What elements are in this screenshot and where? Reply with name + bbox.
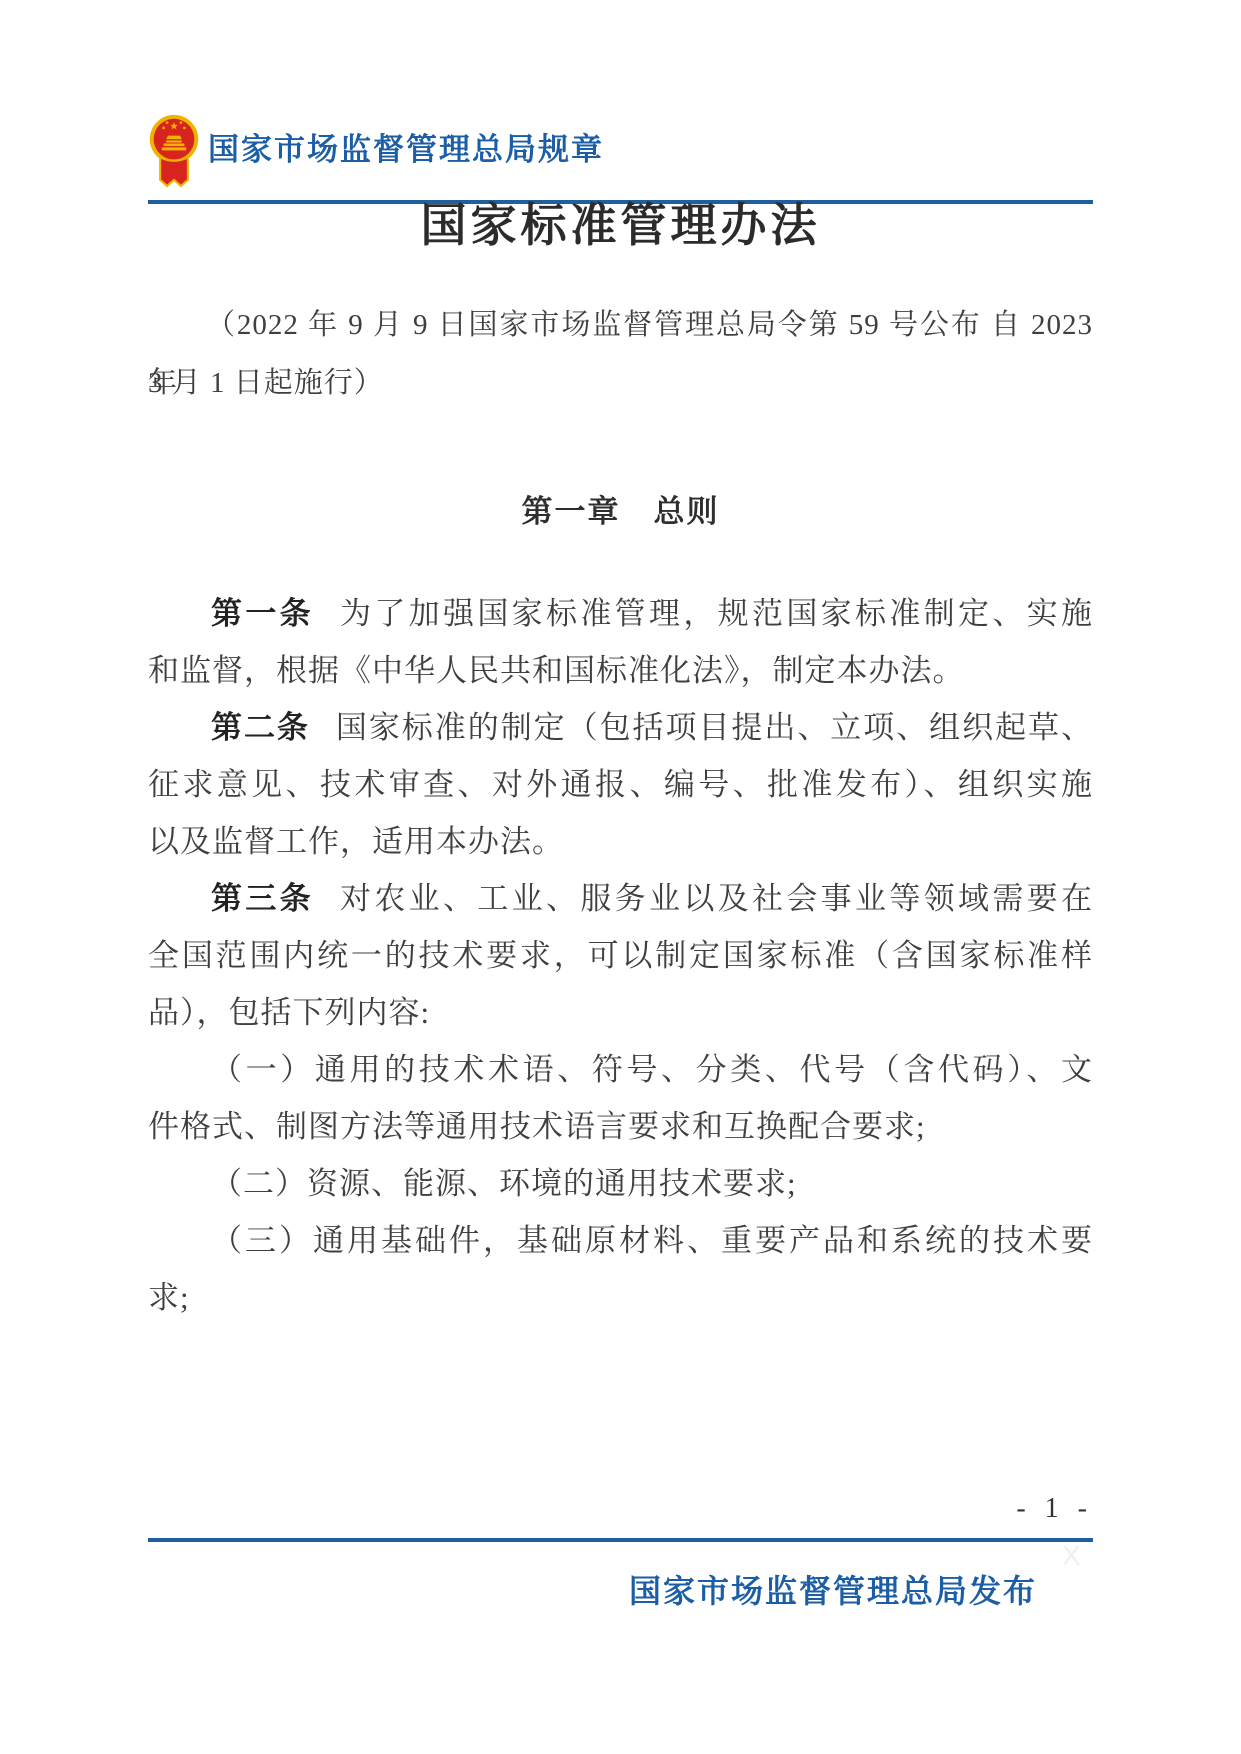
article-line: （二）资源、能源、环境的通用技术要求;	[148, 1155, 1093, 1212]
article-line: 件格式、制图方法等通用技术语言要求和互换配合要求;	[148, 1098, 1093, 1155]
article-line: 第一条为了加强国家标准管理，规范国家标准制定、实施	[148, 585, 1093, 642]
watermark: X	[1062, 1540, 1081, 1572]
promulgation-note: （2022 年 9 月 9 日国家市场监督管理总局令第 59 号公布 自 202…	[148, 296, 1093, 412]
page-number: - 1 -	[148, 1492, 1093, 1526]
article-line: 和监督，根据《中华人民共和国标准化法》，制定本办法。	[148, 642, 1093, 699]
article-text: 国家标准的制定（包括项目提出、立项、组织起草、	[336, 710, 1093, 745]
article-line: 第三条对农业、工业、服务业以及社会事业等领域需要在	[148, 870, 1093, 927]
article-text: 求;	[148, 1280, 190, 1315]
svg-text:★: ★	[169, 121, 178, 133]
article-line: 以及监督工作，适用本办法。	[148, 813, 1093, 870]
article-number: 第三条	[211, 881, 314, 916]
article-line: 品），包括下列内容:	[148, 984, 1093, 1041]
document-page: ★ 国家市场监督管理总局规章 国家标准管理办法 （2022 年 9 月 9 日国…	[0, 0, 1241, 1754]
agency-label: 国家市场监督管理总局规章	[208, 124, 604, 169]
article-line: 全国范围内统一的技术要求，可以制定国家标准（含国家标准样	[148, 927, 1093, 984]
article-number: 第一条	[211, 596, 314, 631]
article-text: 为了加强国家标准管理，规范国家标准制定、实施	[340, 596, 1093, 631]
document-title: 国家标准管理办法	[148, 196, 1093, 256]
article-line: （一）通用的技术术语、符号、分类、代号（含代码）、文	[148, 1041, 1093, 1098]
article-text: 件格式、制图方法等通用技术语言要求和互换配合要求;	[148, 1109, 926, 1144]
article-text: 对农业、工业、服务业以及社会事业等领域需要在	[340, 881, 1093, 916]
document-header: ★ 国家市场监督管理总局规章	[148, 112, 604, 194]
article-text: （一）通用的技术术语、符号、分类、代号（含代码）、文	[211, 1052, 1093, 1087]
footer-rule	[148, 1538, 1093, 1542]
article-line: 求;	[148, 1269, 1093, 1326]
promulgation-line: 3 月 1 日起施行）	[148, 354, 1093, 412]
article-number: 第二条	[211, 710, 310, 745]
article-text: （二）资源、能源、环境的通用技术要求;	[211, 1166, 797, 1201]
article-line: 第二条国家标准的制定（包括项目提出、立项、组织起草、	[148, 699, 1093, 756]
article-text: （三）通用基础件，基础原材料、重要产品和系统的技术要	[211, 1223, 1093, 1258]
publisher-label: 国家市场监督管理总局发布	[148, 1570, 1093, 1612]
article-text: 品），包括下列内容:	[148, 995, 430, 1030]
document-body: 第一条为了加强国家标准管理，规范国家标准制定、实施 和监督，根据《中华人民共和国…	[148, 585, 1093, 1326]
article-text: 全国范围内统一的技术要求，可以制定国家标准（含国家标准样	[148, 938, 1093, 973]
article-text: 征求意见、技术审查、对外通报、编号、批准发布）、组织实施	[148, 767, 1093, 802]
article-text: 以及监督工作，适用本办法。	[148, 824, 564, 859]
article-line: 征求意见、技术审查、对外通报、编号、批准发布）、组织实施	[148, 756, 1093, 813]
promulgation-line: （2022 年 9 月 9 日国家市场监督管理总局令第 59 号公布 自 202…	[148, 296, 1093, 354]
national-emblem-icon: ★	[148, 112, 200, 194]
article-line: （三）通用基础件，基础原材料、重要产品和系统的技术要	[148, 1212, 1093, 1269]
chapter-heading: 第一章 总则	[148, 492, 1093, 532]
article-text: 和监督，根据《中华人民共和国标准化法》，制定本办法。	[148, 653, 965, 688]
